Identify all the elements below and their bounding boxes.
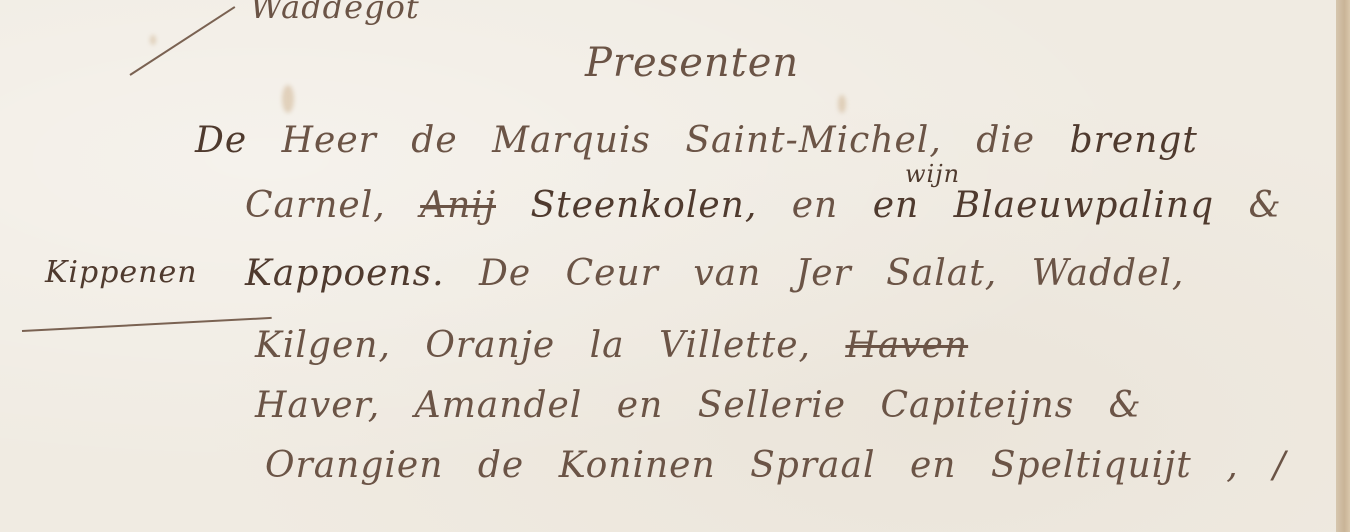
word: de [411, 120, 457, 161]
word: Carnel, [245, 185, 386, 226]
paper-stain [838, 95, 846, 113]
manuscript-line-2: Carnel, Anij Steenkolen, en en Blaeuwpal… [245, 185, 1304, 226]
word: en [873, 185, 920, 226]
paper-stain [150, 35, 156, 45]
word: & [1109, 385, 1142, 426]
word: Haver, [255, 385, 380, 426]
manuscript-line-4: Kilgen, Oranje la Villette, Haven [255, 325, 990, 366]
word: & [1249, 185, 1282, 226]
struck-word: Haven [845, 325, 968, 366]
paper-stain [282, 85, 294, 113]
word: Koninen [559, 445, 716, 486]
margin-note: Kippenen [45, 255, 198, 290]
word: Steenkolen, [530, 185, 757, 226]
word: Villette, [659, 325, 811, 366]
word: Kilgen, [255, 325, 391, 366]
word: die [976, 120, 1035, 161]
word: la [590, 325, 625, 366]
word: De [479, 253, 531, 294]
word: Capiteijns [881, 385, 1075, 426]
word: Orangien [265, 445, 443, 486]
word: Saint-Michel, [685, 120, 941, 161]
header-fragment: Waddegot [250, 0, 420, 26]
word: , [1226, 445, 1238, 486]
word: Amandel [415, 385, 583, 426]
page-heading: Presenten [585, 40, 799, 86]
word: Sellerie [698, 385, 846, 426]
manuscript-line-6: Orangien de Koninen Spraal en Speltiquij… [265, 445, 1308, 486]
word: brengt [1070, 120, 1198, 161]
word: van [693, 253, 761, 294]
manuscript-line-3: Kappoens. De Ceur van Jer Salat, Waddel, [245, 253, 1206, 294]
word: Spraal [750, 445, 875, 486]
word: de [478, 445, 524, 486]
page-edge [1336, 0, 1350, 532]
manuscript-line-1: De Heer de Marquis Saint-Michel, die bre… [195, 120, 1220, 161]
word: Ceur [566, 253, 659, 294]
word: De [195, 120, 247, 161]
superscript-insertion: wijn [905, 160, 960, 188]
word: Marquis [492, 120, 651, 161]
word: Kappoens. [245, 253, 445, 294]
struck-word: Anij [420, 185, 496, 226]
word: en [792, 185, 839, 226]
word: / [1273, 445, 1286, 486]
word: Jer [796, 253, 852, 294]
word: en [910, 445, 957, 486]
word: Salat, [886, 253, 997, 294]
word: Blaeuwpalinq [954, 185, 1215, 226]
word: Oranje [425, 325, 555, 366]
word: Speltiquijt [991, 445, 1192, 486]
word: Heer [282, 120, 377, 161]
manuscript-line-5: Haver, Amandel en Sellerie Capiteijns & [255, 385, 1164, 426]
word: Waddel, [1032, 253, 1185, 294]
word: en [617, 385, 664, 426]
